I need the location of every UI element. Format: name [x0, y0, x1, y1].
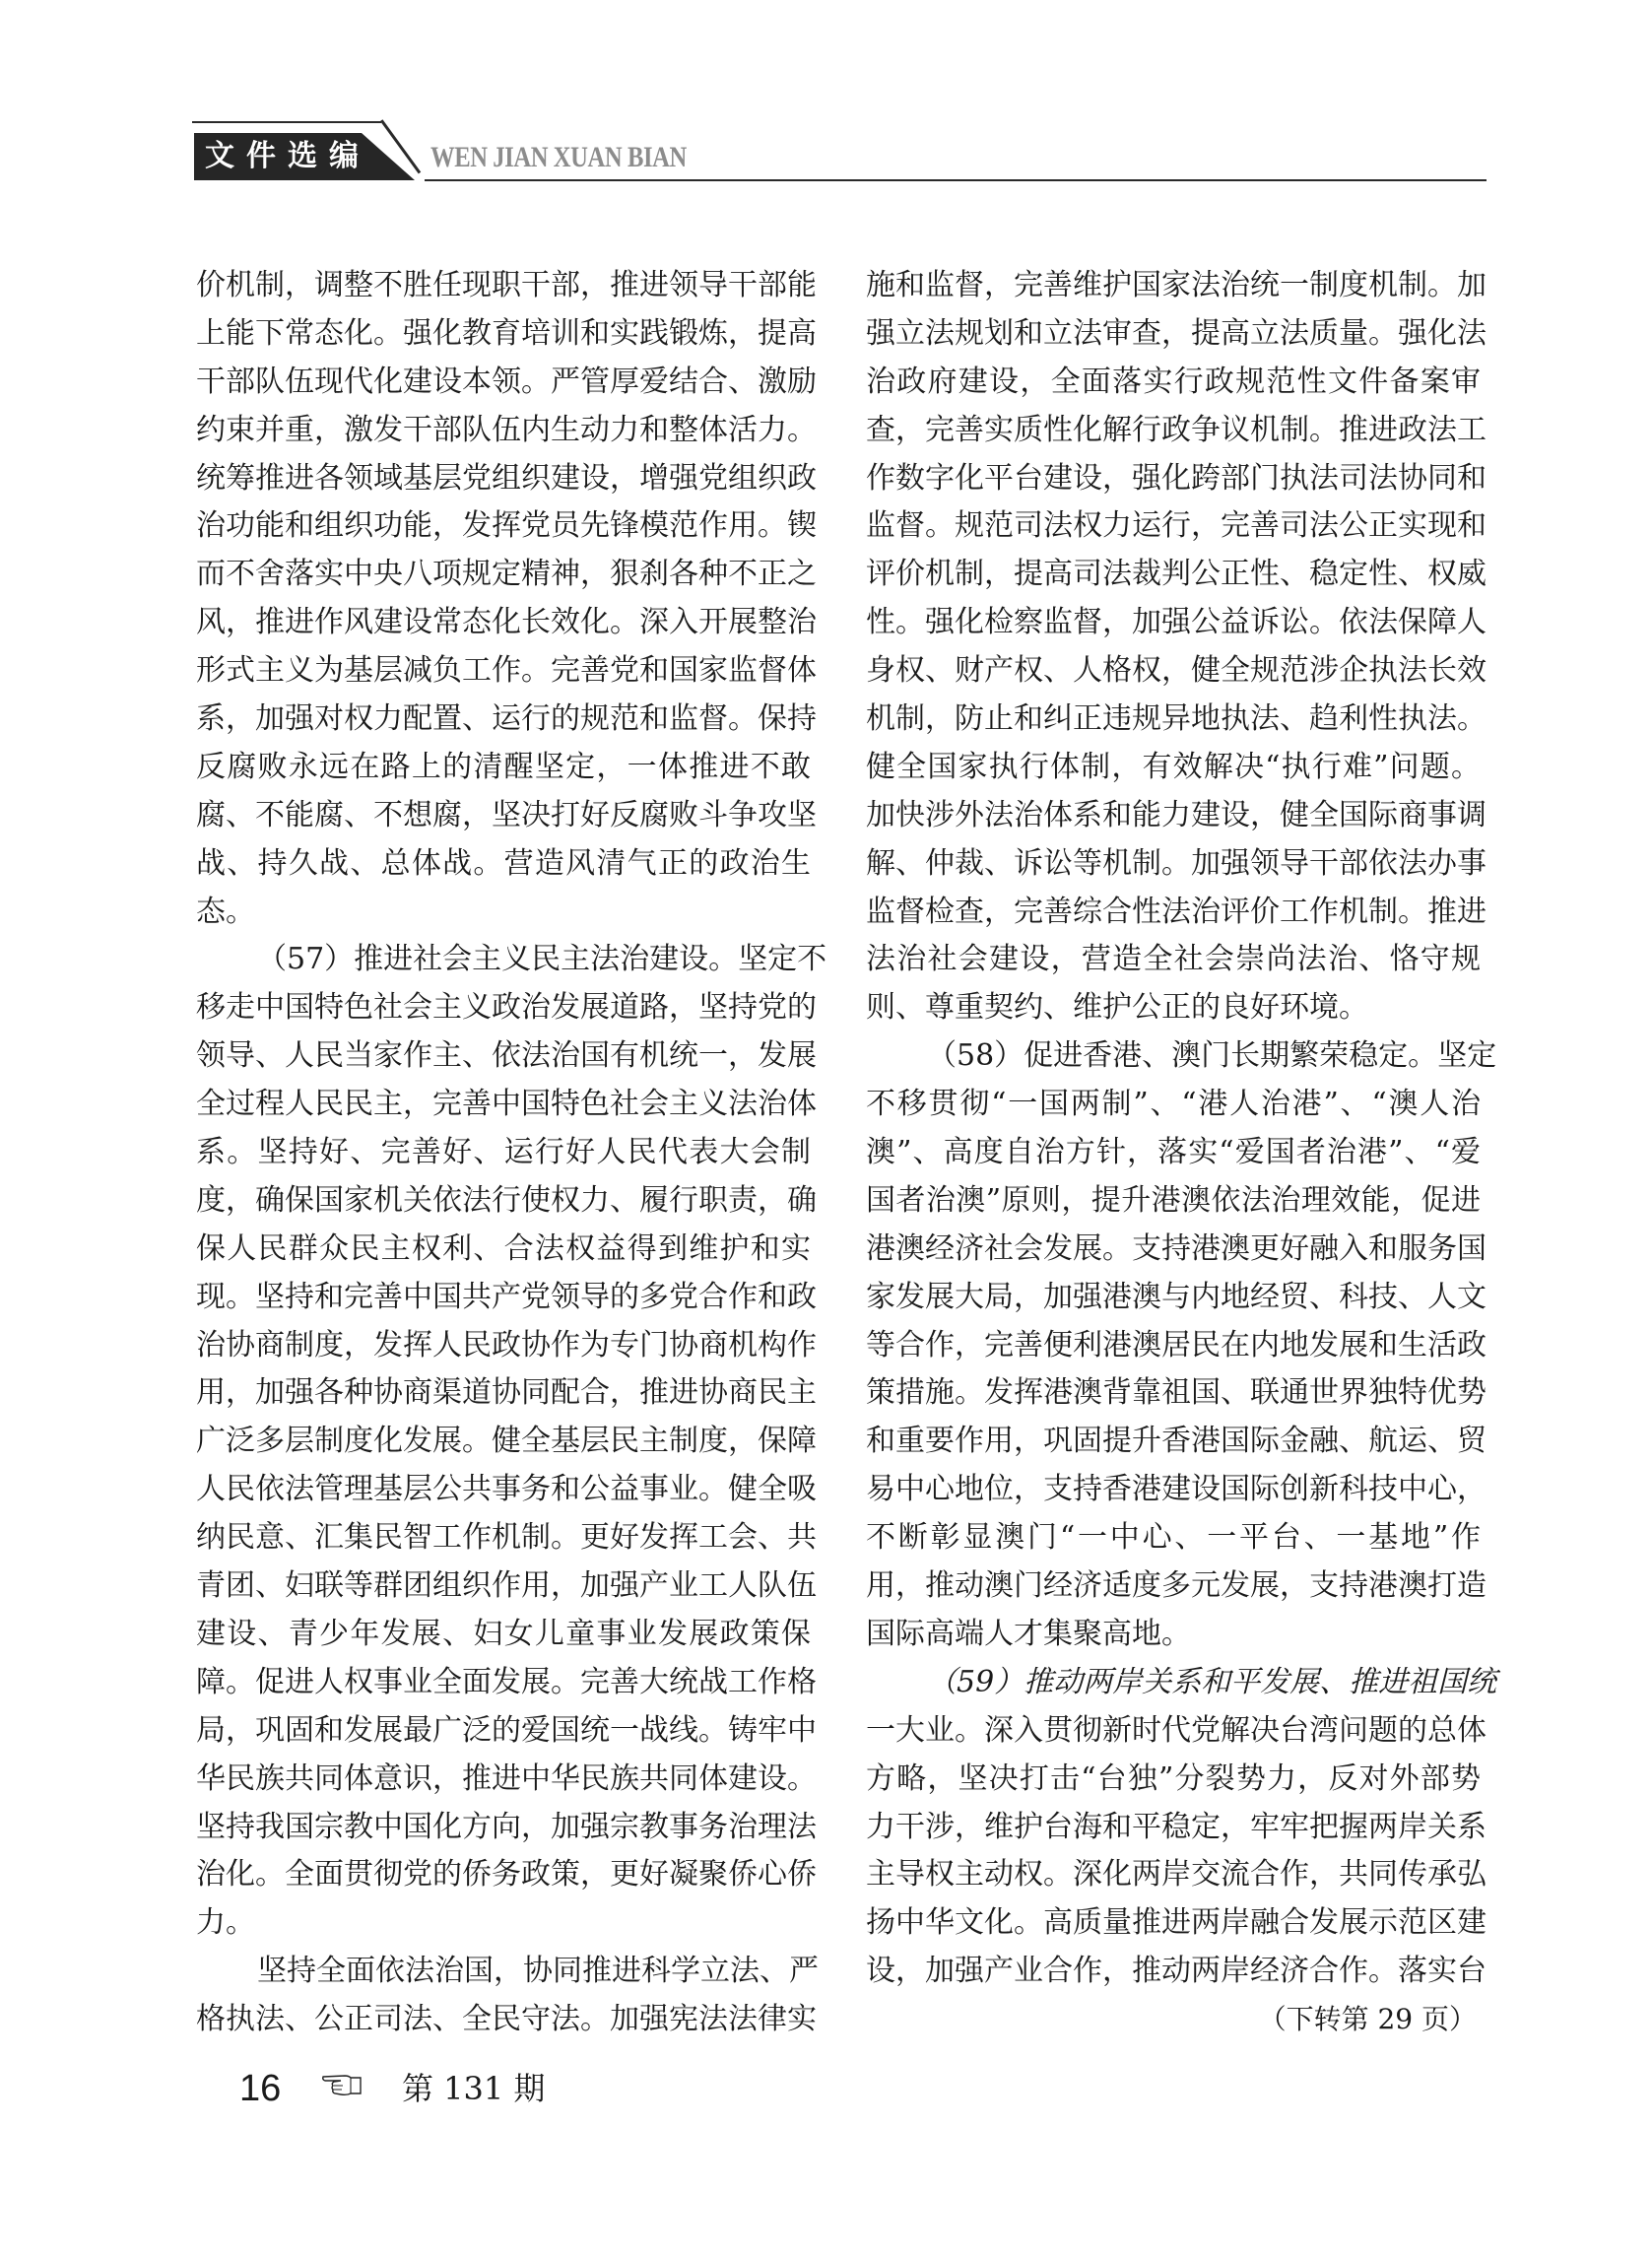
- text-line: 现。坚持和完善中国共产党领导的多党合作和政: [196, 1274, 811, 1322]
- paragraph-text: 治协商制度，发挥人民政协作为专门协商机构作: [196, 1328, 817, 1362]
- text-line: 系。坚持好、完善好、运行好人民代表大会制: [196, 1129, 811, 1177]
- text-line: 战、持久战、总体战。营造风清气正的政治生: [196, 840, 811, 889]
- text-line: 性。强化检察监督，加强公益诉讼。依法保障人: [866, 599, 1481, 647]
- text-line: （57）推进社会主义民主法治建设。坚定不: [196, 936, 811, 984]
- text-line: 策措施。发挥港澳背靠祖国、联通世界独特优势: [866, 1369, 1481, 1418]
- paragraph-text: 人民依法管理基层公共事务和公益事业。健全吸: [196, 1472, 817, 1506]
- paragraph-text: 用，加强各种协商渠道协同配合，推进协商民主: [196, 1375, 817, 1410]
- text-line: 则、尊重契约、维护公正的良好环境。: [866, 984, 1481, 1032]
- paragraph-text: 主导权主动权。深化两岸交流合作，共同传承弘: [866, 1857, 1487, 1892]
- paragraph-text: 解、仲裁、诉讼等机制。加强领导干部依法办事: [866, 846, 1487, 881]
- text-line: 用，推动澳门经济适度多元发展，支持港澳打造: [866, 1562, 1481, 1611]
- text-line: 加快涉外法治体系和能力建设，健全国际商事调: [866, 792, 1481, 840]
- text-line: 障。促进人权事业全面发展。完善大统战工作格: [196, 1659, 811, 1707]
- paragraph-text: 上能下常态化。强化教育培训和实践锻炼，提高: [196, 316, 817, 351]
- paragraph-text: 反腐败永远在路上的清醒坚定，一体推进不敢: [196, 750, 811, 784]
- text-line: 治政府建设，全面落实行政规范性文件备案审: [866, 359, 1481, 407]
- paragraph-text: 形式主义为基层减负工作。完善党和国家监督体: [196, 653, 817, 688]
- paragraph-text: 约束并重，激发干部队伍内生动力和整体活力。: [196, 413, 817, 447]
- text-line: 局，巩固和发展最广泛的爱国统一战线。铸牢中: [196, 1707, 811, 1756]
- paragraph-text: 系，加强对权力配置、运行的规范和监督。保持: [196, 701, 817, 736]
- paragraph-text: 等合作，完善便利港澳居民在内地发展和生活政: [866, 1328, 1487, 1362]
- pointing-hand-icon: [321, 2072, 366, 2097]
- paragraph-text: 治功能和组织功能，发挥党员先锋模范作用。锲: [196, 508, 817, 543]
- section-title-cn: 文件选编: [205, 136, 370, 177]
- section-title-en: WEN JIAN XUAN BIAN: [430, 138, 687, 177]
- text-line: 施和监督，完善维护国家法治统一制度机制。加: [866, 262, 1481, 310]
- text-line: 国际高端人才集聚高地。: [866, 1611, 1481, 1659]
- header-bottom-rule: [425, 179, 1487, 181]
- paragraph-text: 力。: [196, 1905, 255, 1940]
- paragraph-text: 深入贯彻新时代党解决台湾问题的总体: [984, 1713, 1487, 1748]
- paragraph-text: 易中心地位，支持香港建设国际创新科技中心，: [866, 1472, 1487, 1506]
- paragraph-text: 加快涉外法治体系和能力建设，健全国际商事调: [866, 798, 1487, 832]
- text-line: 作数字化平台建设，强化跨部门执法司法协同和: [866, 455, 1481, 503]
- section-heading: （59）推动两岸关系和平发展、推进祖国统: [927, 1665, 1496, 1699]
- paragraph-text: 坚定: [1437, 1038, 1496, 1073]
- right-column: 施和监督，完善维护国家法治统一制度机制。加强立法规划和立法审查，提高立法质量。强…: [866, 262, 1481, 2044]
- paragraph-text: 坚定不: [738, 942, 826, 976]
- section-heading: 一大业。: [866, 1713, 984, 1748]
- text-line: 人民依法管理基层公共事务和公益事业。健全吸: [196, 1466, 811, 1514]
- paragraph-text: 施和监督，完善维护国家法治统一制度机制。加: [866, 268, 1487, 302]
- paragraph-text: 查，完善实质性化解行政争议机制。推进政法工: [866, 413, 1487, 447]
- text-line: 一大业。深入贯彻新时代党解决台湾问题的总体: [866, 1707, 1481, 1756]
- paragraph-text: 格执法、公正司法、全民守法。加强宪法法律实: [196, 2002, 817, 2036]
- text-line: 腐、不能腐、不想腐，坚决打好反腐败斗争攻坚: [196, 792, 811, 840]
- text-line: 广泛多层制度化发展。健全基层民主制度，保障: [196, 1418, 811, 1466]
- paragraph-text: 澳”、高度自治方针，落实“爱国者治港”、“爱: [866, 1135, 1481, 1169]
- paragraph-text: 策措施。发挥港澳背靠祖国、联通世界独特优势: [866, 1375, 1487, 1410]
- text-line: 纳民意、汇集民智工作机制。更好发挥工会、共: [196, 1514, 811, 1562]
- text-line: 风，推进作风建设常态化长效化。深入开展整治: [196, 599, 811, 647]
- text-line: 易中心地位，支持香港建设国际创新科技中心，: [866, 1466, 1481, 1514]
- text-line: 和重要作用，巩固提升香港国际金融、航运、贸: [866, 1418, 1481, 1466]
- paragraph-text: 华民族共同体意识，推进中华民族共同体建设。: [196, 1761, 817, 1796]
- continuation-note: （下转第 29 页）: [866, 1996, 1481, 2044]
- paragraph-text: 不移贯彻“一国两制”、“港人治港”、“澳人治: [866, 1087, 1481, 1121]
- paragraph-text: 健全国家执行体制，有效解决“执行难”问题。: [866, 750, 1481, 784]
- text-line: 统筹推进各领域基层党组织建设，增强党组织政: [196, 455, 811, 503]
- paragraph-text: 坚持全面依法治国，协同推进科学立法、严: [257, 1954, 819, 1988]
- text-line: 约束并重，激发干部队伍内生动力和整体活力。: [196, 407, 811, 455]
- text-line: 治化。全面贯彻党的侨务政策，更好凝聚侨心侨: [196, 1851, 811, 1899]
- paragraph-text: 腐、不能腐、不想腐，坚决打好反腐败斗争攻坚: [196, 798, 817, 832]
- left-column: 价机制，调整不胜任现职干部，推进领导干部能上能下常态化。强化教育培训和实践锻炼，…: [196, 262, 811, 2044]
- text-line: 查，完善实质性化解行政争议机制。推进政法工: [866, 407, 1481, 455]
- page-number: 16: [239, 2067, 281, 2110]
- text-line: 评价机制，提高司法裁判公正性、稳定性、权威: [866, 551, 1481, 599]
- paragraph-text: 纳民意、汇集民智工作机制。更好发挥工会、共: [196, 1520, 817, 1555]
- paragraph-text: 家发展大局，加强港澳与内地经贸、科技、人文: [866, 1280, 1487, 1314]
- text-line: 青团、妇联等群团组织作用，加强产业工人队伍: [196, 1562, 811, 1611]
- paragraph-text: 力干涉，维护台海和平稳定，牢牢把握两岸关系: [866, 1810, 1487, 1844]
- text-line: 机制，防止和纠正违规异地执法、趋利性执法。: [866, 696, 1481, 744]
- paragraph-text: 干部队伍现代化建设本领。严管厚爱结合、激励: [196, 365, 817, 399]
- paragraph-text: 治政府建设，全面落实行政规范性文件备案审: [866, 365, 1481, 399]
- section-heading: （57）推进社会主义民主法治建设。: [257, 942, 738, 976]
- text-line: 不断彰显澳门“一中心、一平台、一基地”作: [866, 1514, 1481, 1562]
- text-line: 价机制，调整不胜任现职干部，推进领导干部能: [196, 262, 811, 310]
- paragraph-text: 国际高端人才集聚高地。: [866, 1617, 1191, 1651]
- paragraph-text: 障。促进人权事业全面发展。完善大统战工作格: [196, 1665, 817, 1699]
- paragraph-text: 方略，坚决打击“台独”分裂势力，反对外部势: [866, 1761, 1481, 1796]
- paragraph-text: 和重要作用，巩固提升香港国际金融、航运、贸: [866, 1424, 1487, 1458]
- paragraph-text: 现。坚持和完善中国共产党领导的多党合作和政: [196, 1280, 817, 1314]
- paragraph-text: 身权、财产权、人格权，健全规范涉企执法长效: [866, 653, 1487, 688]
- paragraph-text: 设，加强产业合作，推动两岸经济合作。落实台: [866, 1954, 1487, 1988]
- paragraph-text: 而不舍落实中央八项规定精神，狠刹各种不正之: [196, 557, 817, 591]
- text-line: 力干涉，维护台海和平稳定，牢牢把握两岸关系: [866, 1804, 1481, 1852]
- paragraph-text: 作数字化平台建设，强化跨部门执法司法协同和: [866, 461, 1487, 496]
- paragraph-text: 度，确保国家机关依法行使权力、履行职责，确: [196, 1183, 817, 1218]
- paragraph-text: 青团、妇联等群团组织作用，加强产业工人队伍: [196, 1568, 817, 1603]
- text-line: 力。: [196, 1899, 811, 1948]
- paragraph-text: 战、持久战、总体战。营造风清气正的政治生: [196, 846, 811, 881]
- paragraph-text: 则、尊重契约、维护公正的良好环境。: [866, 990, 1368, 1025]
- text-line: 保人民群众民主权利、合法权益得到维护和实: [196, 1226, 811, 1274]
- text-line: 治协商制度，发挥人民政协作为专门协商机构作: [196, 1322, 811, 1370]
- text-line: 等合作，完善便利港澳居民在内地发展和生活政: [866, 1322, 1481, 1370]
- paragraph-text: 扬中华文化。高质量推进两岸融合发展示范区建: [866, 1905, 1487, 1940]
- text-line: 华民族共同体意识，推进中华民族共同体建设。: [196, 1756, 811, 1804]
- paragraph-text: 强立法规划和立法审查，提高立法质量。强化法: [866, 316, 1487, 351]
- paragraph-text: 广泛多层制度化发展。健全基层民主制度，保障: [196, 1424, 817, 1458]
- text-line: 方略，坚决打击“台独”分裂势力，反对外部势: [866, 1756, 1481, 1804]
- text-line: 解、仲裁、诉讼等机制。加强领导干部依法办事: [866, 840, 1481, 889]
- text-line: 监督。规范司法权力运行，完善司法公正实现和: [866, 502, 1481, 551]
- text-line: 反腐败永远在路上的清醒坚定，一体推进不敢: [196, 744, 811, 792]
- text-line: 扬中华文化。高质量推进两岸融合发展示范区建: [866, 1899, 1481, 1948]
- text-line: 建设、青少年发展、妇女儿童事业发展政策保: [196, 1611, 811, 1659]
- text-line: 国者治澳”原则，提升港澳依法治理效能，促进: [866, 1177, 1481, 1226]
- paragraph-text: 移走中国特色社会主义政治发展道路，坚持党的: [196, 990, 817, 1025]
- text-line: 法治社会建设，营造全社会崇尚法治、恪守规: [866, 936, 1481, 984]
- text-line: 态。: [196, 889, 811, 937]
- paragraph-text: 价机制，调整不胜任现职干部，推进领导干部能: [196, 268, 817, 302]
- text-line: 干部队伍现代化建设本领。严管厚爱结合、激励: [196, 359, 811, 407]
- paragraph-text: 建设、青少年发展、妇女儿童事业发展政策保: [196, 1617, 811, 1651]
- text-line: 坚持全面依法治国，协同推进科学立法、严: [196, 1948, 811, 1996]
- text-line: 形式主义为基层减负工作。完善党和国家监督体: [196, 647, 811, 696]
- paragraph-text: 国者治澳”原则，提升港澳依法治理效能，促进: [866, 1183, 1481, 1218]
- paragraph-text: 性。强化检察监督，加强公益诉讼。依法保障人: [866, 605, 1487, 639]
- paragraph-text: 监督。规范司法权力运行，完善司法公正实现和: [866, 508, 1487, 543]
- paragraph-text: 不断彰显澳门“一中心、一平台、一基地”作: [866, 1520, 1481, 1555]
- text-line: 身权、财产权、人格权，健全规范涉企执法长效: [866, 647, 1481, 696]
- text-line: 主导权主动权。深化两岸交流合作，共同传承弘: [866, 1851, 1481, 1899]
- paragraph-text: 坚持我国宗教中国化方向，加强宗教事务治理法: [196, 1810, 817, 1844]
- text-line: 监督检查，完善综合性法治评价工作机制。推进: [866, 889, 1481, 937]
- text-line: （59）推动两岸关系和平发展、推进祖国统: [866, 1659, 1481, 1707]
- text-line: 不移贯彻“一国两制”、“港人治港”、“澳人治: [866, 1081, 1481, 1129]
- paragraph-text: 系。坚持好、完善好、运行好人民代表大会制: [196, 1135, 811, 1169]
- text-line: 澳”、高度自治方针，落实“爱国者治港”、“爱: [866, 1129, 1481, 1177]
- section-heading: （58）促进香港、澳门长期繁荣稳定。: [927, 1038, 1437, 1073]
- paragraph-text: 用，推动澳门经济适度多元发展，支持港澳打造: [866, 1568, 1487, 1603]
- text-line: （58）促进香港、澳门长期繁荣稳定。坚定: [866, 1032, 1481, 1081]
- text-line: 设，加强产业合作，推动两岸经济合作。落实台: [866, 1948, 1481, 1996]
- text-line: 上能下常态化。强化教育培训和实践锻炼，提高: [196, 310, 811, 359]
- text-line: 治功能和组织功能，发挥党员先锋模范作用。锲: [196, 502, 811, 551]
- text-line: 格执法、公正司法、全民守法。加强宪法法律实: [196, 1996, 811, 2044]
- text-line: 全过程人民民主，完善中国特色社会主义法治体: [196, 1081, 811, 1129]
- paragraph-text: 统筹推进各领域基层党组织建设，增强党组织政: [196, 461, 817, 496]
- paragraph-text: 港澳经济社会发展。支持港澳更好融入和服务国: [866, 1231, 1487, 1266]
- text-line: 家发展大局，加强港澳与内地经贸、科技、人文: [866, 1274, 1481, 1322]
- paragraph-text: 法治社会建设，营造全社会崇尚法治、恪守规: [866, 942, 1481, 976]
- paragraph-text: 全过程人民民主，完善中国特色社会主义法治体: [196, 1087, 817, 1121]
- paragraph-text: 领导、人民当家作主、依法治国有机统一，发展: [196, 1038, 817, 1073]
- paragraph-text: 风，推进作风建设常态化长效化。深入开展整治: [196, 605, 817, 639]
- text-line: 而不舍落实中央八项规定精神，狠刹各种不正之: [196, 551, 811, 599]
- paragraph-text: 评价机制，提高司法裁判公正性、稳定性、权威: [866, 557, 1487, 591]
- text-line: 坚持我国宗教中国化方向，加强宗教事务治理法: [196, 1804, 811, 1852]
- text-line: 用，加强各种协商渠道协同配合，推进协商民主: [196, 1369, 811, 1418]
- paragraph-text: 治化。全面贯彻党的侨务政策，更好凝聚侨心侨: [196, 1857, 817, 1892]
- issue-number: 第 131 期: [402, 2069, 545, 2108]
- text-line: 度，确保国家机关依法行使权力、履行职责，确: [196, 1177, 811, 1226]
- paragraph-text: 态。: [196, 895, 255, 929]
- paragraph-text: 监督检查，完善综合性法治评价工作机制。推进: [866, 895, 1487, 929]
- paragraph-text: 局，巩固和发展最广泛的爱国统一战线。铸牢中: [196, 1713, 817, 1748]
- text-line: 健全国家执行体制，有效解决“执行难”问题。: [866, 744, 1481, 792]
- paragraph-text: 保人民群众民主权利、合法权益得到维护和实: [196, 1231, 811, 1266]
- text-line: 领导、人民当家作主、依法治国有机统一，发展: [196, 1032, 811, 1081]
- text-line: 港澳经济社会发展。支持港澳更好融入和服务国: [866, 1226, 1481, 1274]
- text-line: 移走中国特色社会主义政治发展道路，坚持党的: [196, 984, 811, 1032]
- header-top-rule: [192, 121, 381, 123]
- text-line: 强立法规划和立法审查，提高立法质量。强化法: [866, 310, 1481, 359]
- text-line: 系，加强对权力配置、运行的规范和监督。保持: [196, 696, 811, 744]
- paragraph-text: 机制，防止和纠正违规异地执法、趋利性执法。: [866, 701, 1487, 736]
